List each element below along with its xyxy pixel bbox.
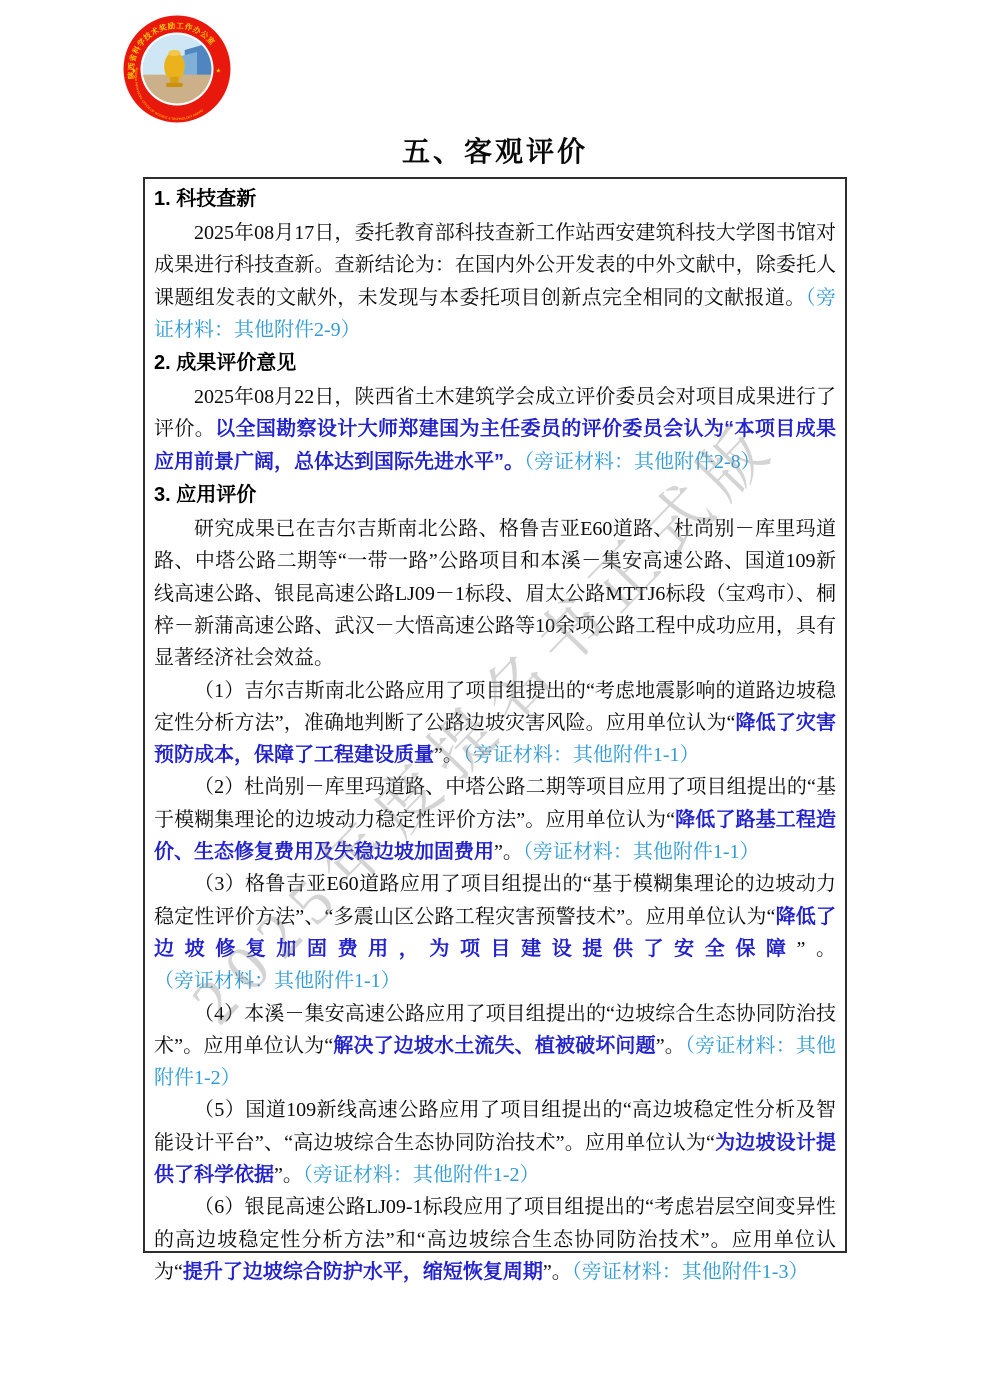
body-text: ”。 (797, 938, 836, 960)
paragraph: （2）杜尚别－库里玛道路、中塔公路二期等项目应用了项目组提出的“基于模糊集理论的… (154, 771, 836, 868)
body-text: ”。 (434, 744, 463, 766)
evidence-citation: （旁证材料：其他附件1-2） (303, 1164, 540, 1186)
paragraph: （5）国道109新线高速公路应用了项目组提出的“高边坡稳定性分析及智能设计平台”… (154, 1094, 836, 1191)
body-text: ”。 (656, 1035, 685, 1057)
evidence-citation: （旁证材料：其他附件1-1） (154, 970, 401, 992)
evidence-citation: （旁证材料：其他附件2-8） (524, 451, 761, 473)
paragraph: （6）银昆高速公路LJ09-1标段应用了项目组提出的“考虑岩层空间变异性的高边坡… (154, 1191, 836, 1288)
body-text: （3）格鲁吉亚E60道路应用了项目组提出的“基于模糊集理论的边坡动力稳定性评价方… (154, 873, 836, 927)
section-heading-3: 3. 应用评价 (154, 478, 836, 513)
body-text: ”。 (494, 841, 523, 863)
paragraph: 研究成果已在吉尔吉斯南北公路、格鲁吉亚E60道路、杜尚别－库里玛道路、中塔公路二… (154, 513, 836, 674)
seal-right-star: ★ (216, 68, 222, 75)
endorsement-text: 解决了边坡水土流失、植被破坏问题 (333, 1035, 656, 1057)
award-office-seal: 陕西省科学技术奖励工作办公室 SHAANXI PROVINCIAL OFFICE… (123, 15, 231, 123)
paragraph: 2025年08月17日，委托教育部科技查新工作站西安建筑科技大学图书馆对成果进行… (154, 217, 836, 346)
section-heading-2: 2. 成果评价意见 (154, 346, 836, 381)
page-title: 五、客观评价 (0, 130, 990, 170)
paragraph: （3）格鲁吉亚E60道路应用了项目组提出的“基于模糊集理论的边坡动力稳定性评价方… (154, 868, 836, 997)
seal-left-star: ★ (131, 68, 137, 75)
body-text: ”。 (274, 1164, 303, 1186)
content-box: 1. 科技查新2025年08月17日，委托教育部科技查新工作站西安建筑科技大学图… (143, 177, 847, 1253)
evidence-citation: （旁证材料：其他附件1-1） (523, 841, 760, 863)
body-text: （1）吉尔吉斯南北公路应用了项目组提出的“考虑地震影响的道路边坡稳定性分析方法”… (154, 680, 836, 734)
evidence-citation: （旁证材料：其他附件1-1） (463, 744, 700, 766)
paragraph: （1）吉尔吉斯南北公路应用了项目组提出的“考虑地震影响的道路边坡稳定性分析方法”… (154, 675, 836, 772)
body-text: 研究成果已在吉尔吉斯南北公路、格鲁吉亚E60道路、杜尚别－库里玛道路、中塔公路二… (154, 518, 836, 669)
paragraph: 2025年08月22日，陕西省土木建筑学会成立评价委员会对项目成果进行了评价。以… (154, 381, 836, 478)
body-text: 2025年08月17日，委托教育部科技查新工作站西安建筑科技大学图书馆对成果进行… (154, 222, 836, 309)
body-text: ”。 (543, 1261, 572, 1283)
section-heading-1: 1. 科技查新 (154, 182, 836, 217)
paragraph: （4）本溪－集安高速公路应用了项目组提出的“边坡综合生态协同防治技术”。应用单位… (154, 998, 836, 1095)
document-page: 陕西省科学技术奖励工作办公室 SHAANXI PROVINCIAL OFFICE… (0, 0, 990, 1399)
evidence-citation: （旁证材料：其他附件1-3） (572, 1261, 809, 1283)
endorsement-text: 提升了边坡综合防护水平，缩短恢复周期 (183, 1261, 543, 1283)
